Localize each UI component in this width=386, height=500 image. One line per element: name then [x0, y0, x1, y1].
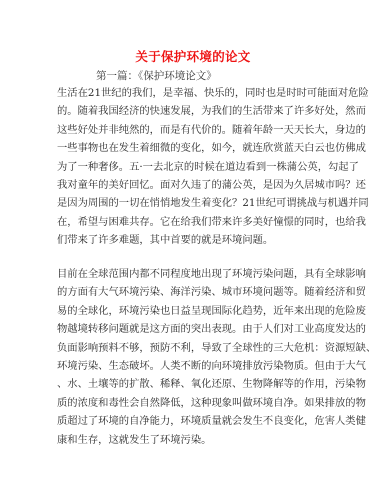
- text-line: 我对童年的美好回忆。面对久违了的蒲公英，是因为久居城市吗？还: [57, 176, 333, 194]
- text-line: 这些好处并非纯然的，而是有代价的。随着年龄一天天长大，身边的: [57, 121, 333, 139]
- text-line: 生活在21世纪的我们，是幸福、快乐的，同时也是时时可能面对危险: [57, 84, 333, 102]
- text-line: 、水、土壤等的扩散、稀释、氧化还原、生物降解等的作用，污染物: [57, 375, 333, 393]
- text-line: 康和生存，这就发生了环境污染。: [57, 431, 333, 449]
- text-line: 环境污染、生态破坏。人类不断的向环境排放污染物质。但由于大气: [57, 357, 333, 375]
- document-subtitle: 第一篇：《保护环境论文》: [96, 68, 217, 83]
- text-line: 质超过了环境的自净能力，环境质量就会发生不良变化，危害人类健: [57, 412, 333, 430]
- text-line: 一些事物也在发生着细微的变化，如今，就连欣赏蓝天白云也仿佛成: [57, 139, 333, 157]
- text-line: 们带来了许多难题，其中首要的就是环境问题。: [57, 231, 333, 249]
- text-line: 为了一种奢侈。五·一去北京的时候在道边看到一株蒲公英，勾起了: [57, 158, 333, 176]
- text-line: 质的浓度和毒性会自然降低，这种现象叫做环境自净。如果排放的物: [57, 394, 333, 412]
- document-page: 关于保护环境的论文 第一篇：《保护环境论文》 生活在21世纪的我们，是幸福、快乐…: [0, 0, 386, 500]
- text-line: 易的全球化，环境污染也日益呈现国际化趋势，近年来出现的危险废: [57, 302, 333, 320]
- paragraph-1: 生活在21世纪的我们，是幸福、快乐的，同时也是时时可能面对危险 的。随着我国经济…: [57, 84, 333, 250]
- text-line: 目前在全球范围内都不同程度地出现了环境污染问题，具有全球影响: [57, 265, 333, 283]
- document-title: 关于保护环境的论文: [0, 47, 386, 65]
- text-line: 负面影响预料不够，预防不利，导致了全球性的三大危机：资源短缺、: [57, 339, 333, 357]
- text-line: 是因为周围的一切在悄悄地发生着变化？21世纪可谓挑战与机遇并同: [57, 194, 333, 212]
- text-line: 在，希望与困难共存。它在给我们带来许多美好憧憬的同时，也给我: [57, 213, 333, 231]
- text-line: 的方面有大气环境污染、海洋污染、城市环境问题等。随着经济和贸: [57, 283, 333, 301]
- paragraph-2: 目前在全球范围内都不同程度地出现了环境污染问题，具有全球影响 的方面有大气环境污…: [57, 265, 333, 449]
- text-line: 的。随着我国经济的快速发展，为我们的生活带来了许多好处，然而: [57, 102, 333, 120]
- text-line: 物越境转移问题就是这方面的突出表现。由于人们对工业高度发达的: [57, 320, 333, 338]
